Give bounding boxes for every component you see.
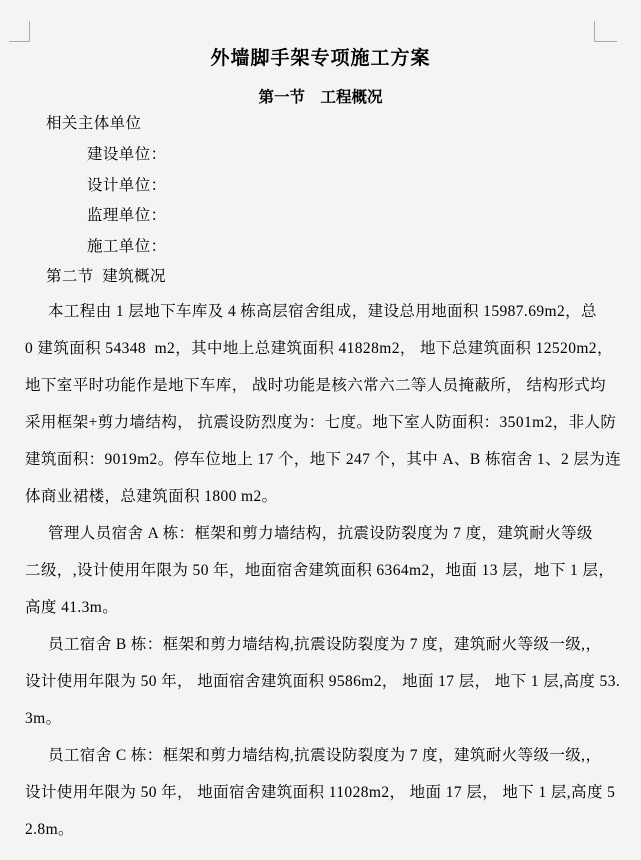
body-line: 二级，,设计使用年限为 50 年，地面宿舍建筑面积 6364m2，地面 13 层…	[25, 552, 631, 589]
body-line: 0 建筑面积 54348 m2，其中地上总建筑面积 41828m2， 地下总建筑…	[25, 330, 631, 367]
body-line: 3m。	[25, 700, 631, 737]
body-line: 高度 41.3m。	[25, 589, 631, 626]
document-title: 外墙脚手架专项施工方案	[0, 43, 641, 70]
construction-unit-label: 建设单位：	[87, 145, 167, 164]
design-unit-label: 设计单位：	[87, 176, 167, 195]
body-line: 设计使用年限为 50 年， 地面宿舍建筑面积 9586m2， 地面 17 层， …	[25, 663, 631, 700]
body-line: 地下室平时功能作是地下车库， 战时功能是核六常六二等人员掩蔽所， 结构形式均	[25, 367, 631, 404]
supervision-unit-label: 监理单位：	[87, 206, 167, 225]
margin-crop-mark-top-left	[9, 21, 30, 42]
related-units-label: 相关主体单位	[46, 114, 141, 133]
margin-crop-mark-top-right	[594, 21, 617, 42]
body-line: 建筑面积：9019m2。停车位地上 17 个，地下 247 个，其中 A、B 栋…	[25, 441, 631, 478]
section-2-heading: 第二节 建筑概况	[46, 267, 166, 286]
body-line: 管理人员宿舍 A 栋：框架和剪力墙结构，抗震设防裂度为 7 度，建筑耐火等级	[25, 515, 631, 552]
body-line: 2.8m。	[25, 811, 631, 848]
contractor-unit-label: 施工单位：	[87, 237, 167, 256]
document-page[interactable]: 外墙脚手架专项施工方案 第一节 工程概况 相关主体单位 建设单位： 设计单位： …	[0, 0, 641, 860]
body-line: 本工程由 1 层地下车库及 4 栋高层宿舍组成，建设总用地面积 15987.69…	[25, 293, 631, 330]
body-line: 设计使用年限为 50 年， 地面宿舍建筑面积 11028m2， 地面 17 层，…	[25, 774, 631, 811]
section-1-heading: 第一节 工程概况	[0, 85, 641, 107]
body-line: 体商业裙楼，总建筑面积 1800 m2。	[25, 478, 631, 515]
body-line: 采用框架+剪力墙结构， 抗震设防烈度为：七度。地下室人防面积：3501m2，非人…	[25, 404, 631, 441]
body-line: 员工宿舍 C 栋：框架和剪力墙结构,抗震设防裂度为 7 度，建筑耐火等级一级,，	[25, 737, 631, 774]
document-body: 本工程由 1 层地下车库及 4 栋高层宿舍组成，建设总用地面积 15987.69…	[25, 293, 631, 848]
body-line: 员工宿舍 B 栋：框架和剪力墙结构,抗震设防裂度为 7 度，建筑耐火等级一级,，	[25, 626, 631, 663]
